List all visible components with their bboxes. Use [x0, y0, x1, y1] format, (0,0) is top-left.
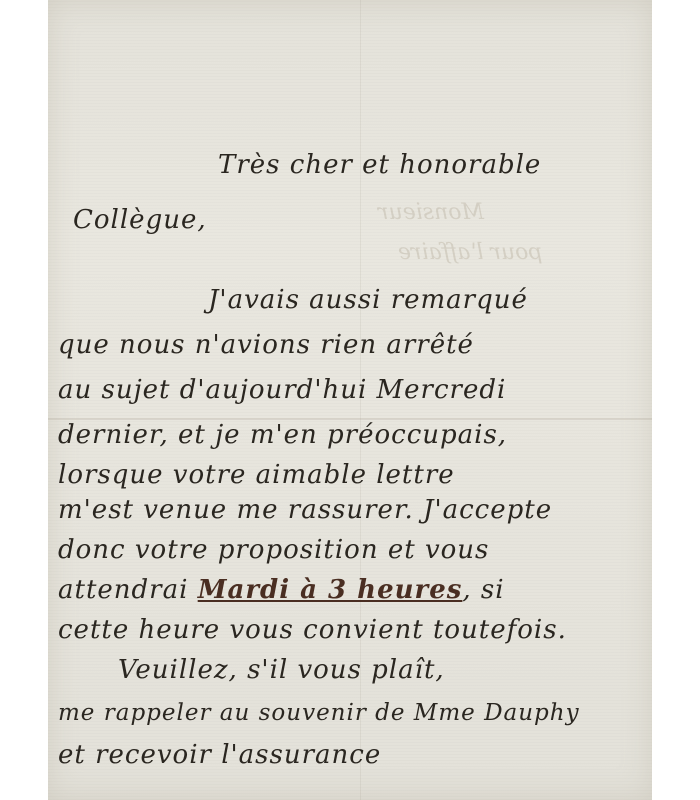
- letter-line: cette heure vous convient toutefois.: [58, 615, 567, 645]
- ink-bleed-through: Monsieur: [378, 200, 484, 225]
- letter-line: m'est venue me rassurer. J'accepte: [58, 495, 552, 525]
- letter-line: que nous n'avions rien arrêté: [58, 330, 474, 360]
- letter-page: Monsieur pour l'affaire Très cher et hon…: [48, 0, 652, 800]
- letter-line: au sujet d'aujourd'hui Mercredi: [58, 375, 506, 405]
- letter-line: dernier, et je m'en préoccupais,: [58, 420, 507, 450]
- letter-text: , si: [462, 575, 504, 605]
- emphasized-date: Mardi à 3 heures: [198, 575, 463, 605]
- letter-line: me rappeler au souvenir de Mme Dauphy: [58, 700, 580, 726]
- letter-line: attendrai Mardi à 3 heures, si: [58, 575, 505, 605]
- letter-line: J'avais aussi remarqué: [208, 285, 528, 315]
- letter-line: donc votre proposition et vous: [58, 535, 489, 565]
- letter-line: Veuillez, s'il vous plaît,: [118, 655, 445, 685]
- letter-line: et recevoir l'assurance: [58, 740, 381, 770]
- letter-line: lorsque votre aimable lettre: [58, 460, 455, 490]
- letter-text: attendrai: [58, 575, 198, 605]
- salutation-2: Collègue,: [73, 205, 207, 235]
- ink-bleed-through: pour l'affaire: [398, 240, 542, 265]
- salutation: Très cher et honorable: [218, 150, 541, 180]
